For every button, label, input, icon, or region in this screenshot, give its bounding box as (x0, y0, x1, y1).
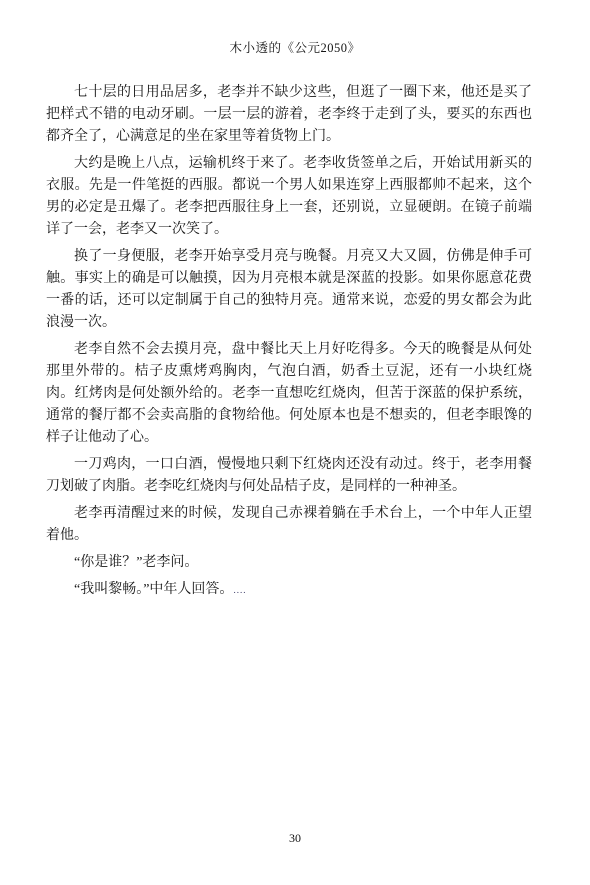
paragraph: “我叫黎畅。”中年人回答。.... (46, 579, 532, 601)
paragraph: 换了一身便服，老李开始享受月亮与晚餐。月亮又大又圆，仿佛是伸手可触。事实上的确是… (46, 246, 532, 334)
body-text: 七十层的日用品居多，老李并不缺少这些，但逛了一圈下来，他还是买了把样式不错的电动… (46, 82, 532, 606)
page-header-title: 木小透的《公元2050》 (0, 38, 590, 56)
paragraph: 一刀鸡肉，一口白酒，慢慢地只剩下红烧肉还没有动过。终于，老李用餐刀划破了肉脂。老… (46, 454, 532, 498)
paragraph: 七十层的日用品居多，老李并不缺少这些，但逛了一圈下来，他还是买了把样式不错的电动… (46, 82, 532, 148)
ellipsis-more: .... (233, 585, 246, 595)
paragraph: 老李自然不会去摸月亮，盘中餐比天上月好吃得多。今天的晚餐是从何处那里外带的。桔子… (46, 339, 532, 449)
paragraph: “你是谁？”老李问。 (46, 552, 532, 574)
paragraph: 老李再清醒过来的时候，发现自己赤裸着躺在手术台上，一个中年人正望着他。 (46, 503, 532, 547)
paragraph: 大约是晚上八点，运输机终于来了。老李收货签单之后，开始试用新买的衣服。先是一件笔… (46, 153, 532, 241)
document-page: 木小透的《公元2050》 七十层的日用品居多，老李并不缺少这些，但逛了一圈下来，… (0, 0, 590, 885)
page-number: 30 (0, 831, 590, 846)
